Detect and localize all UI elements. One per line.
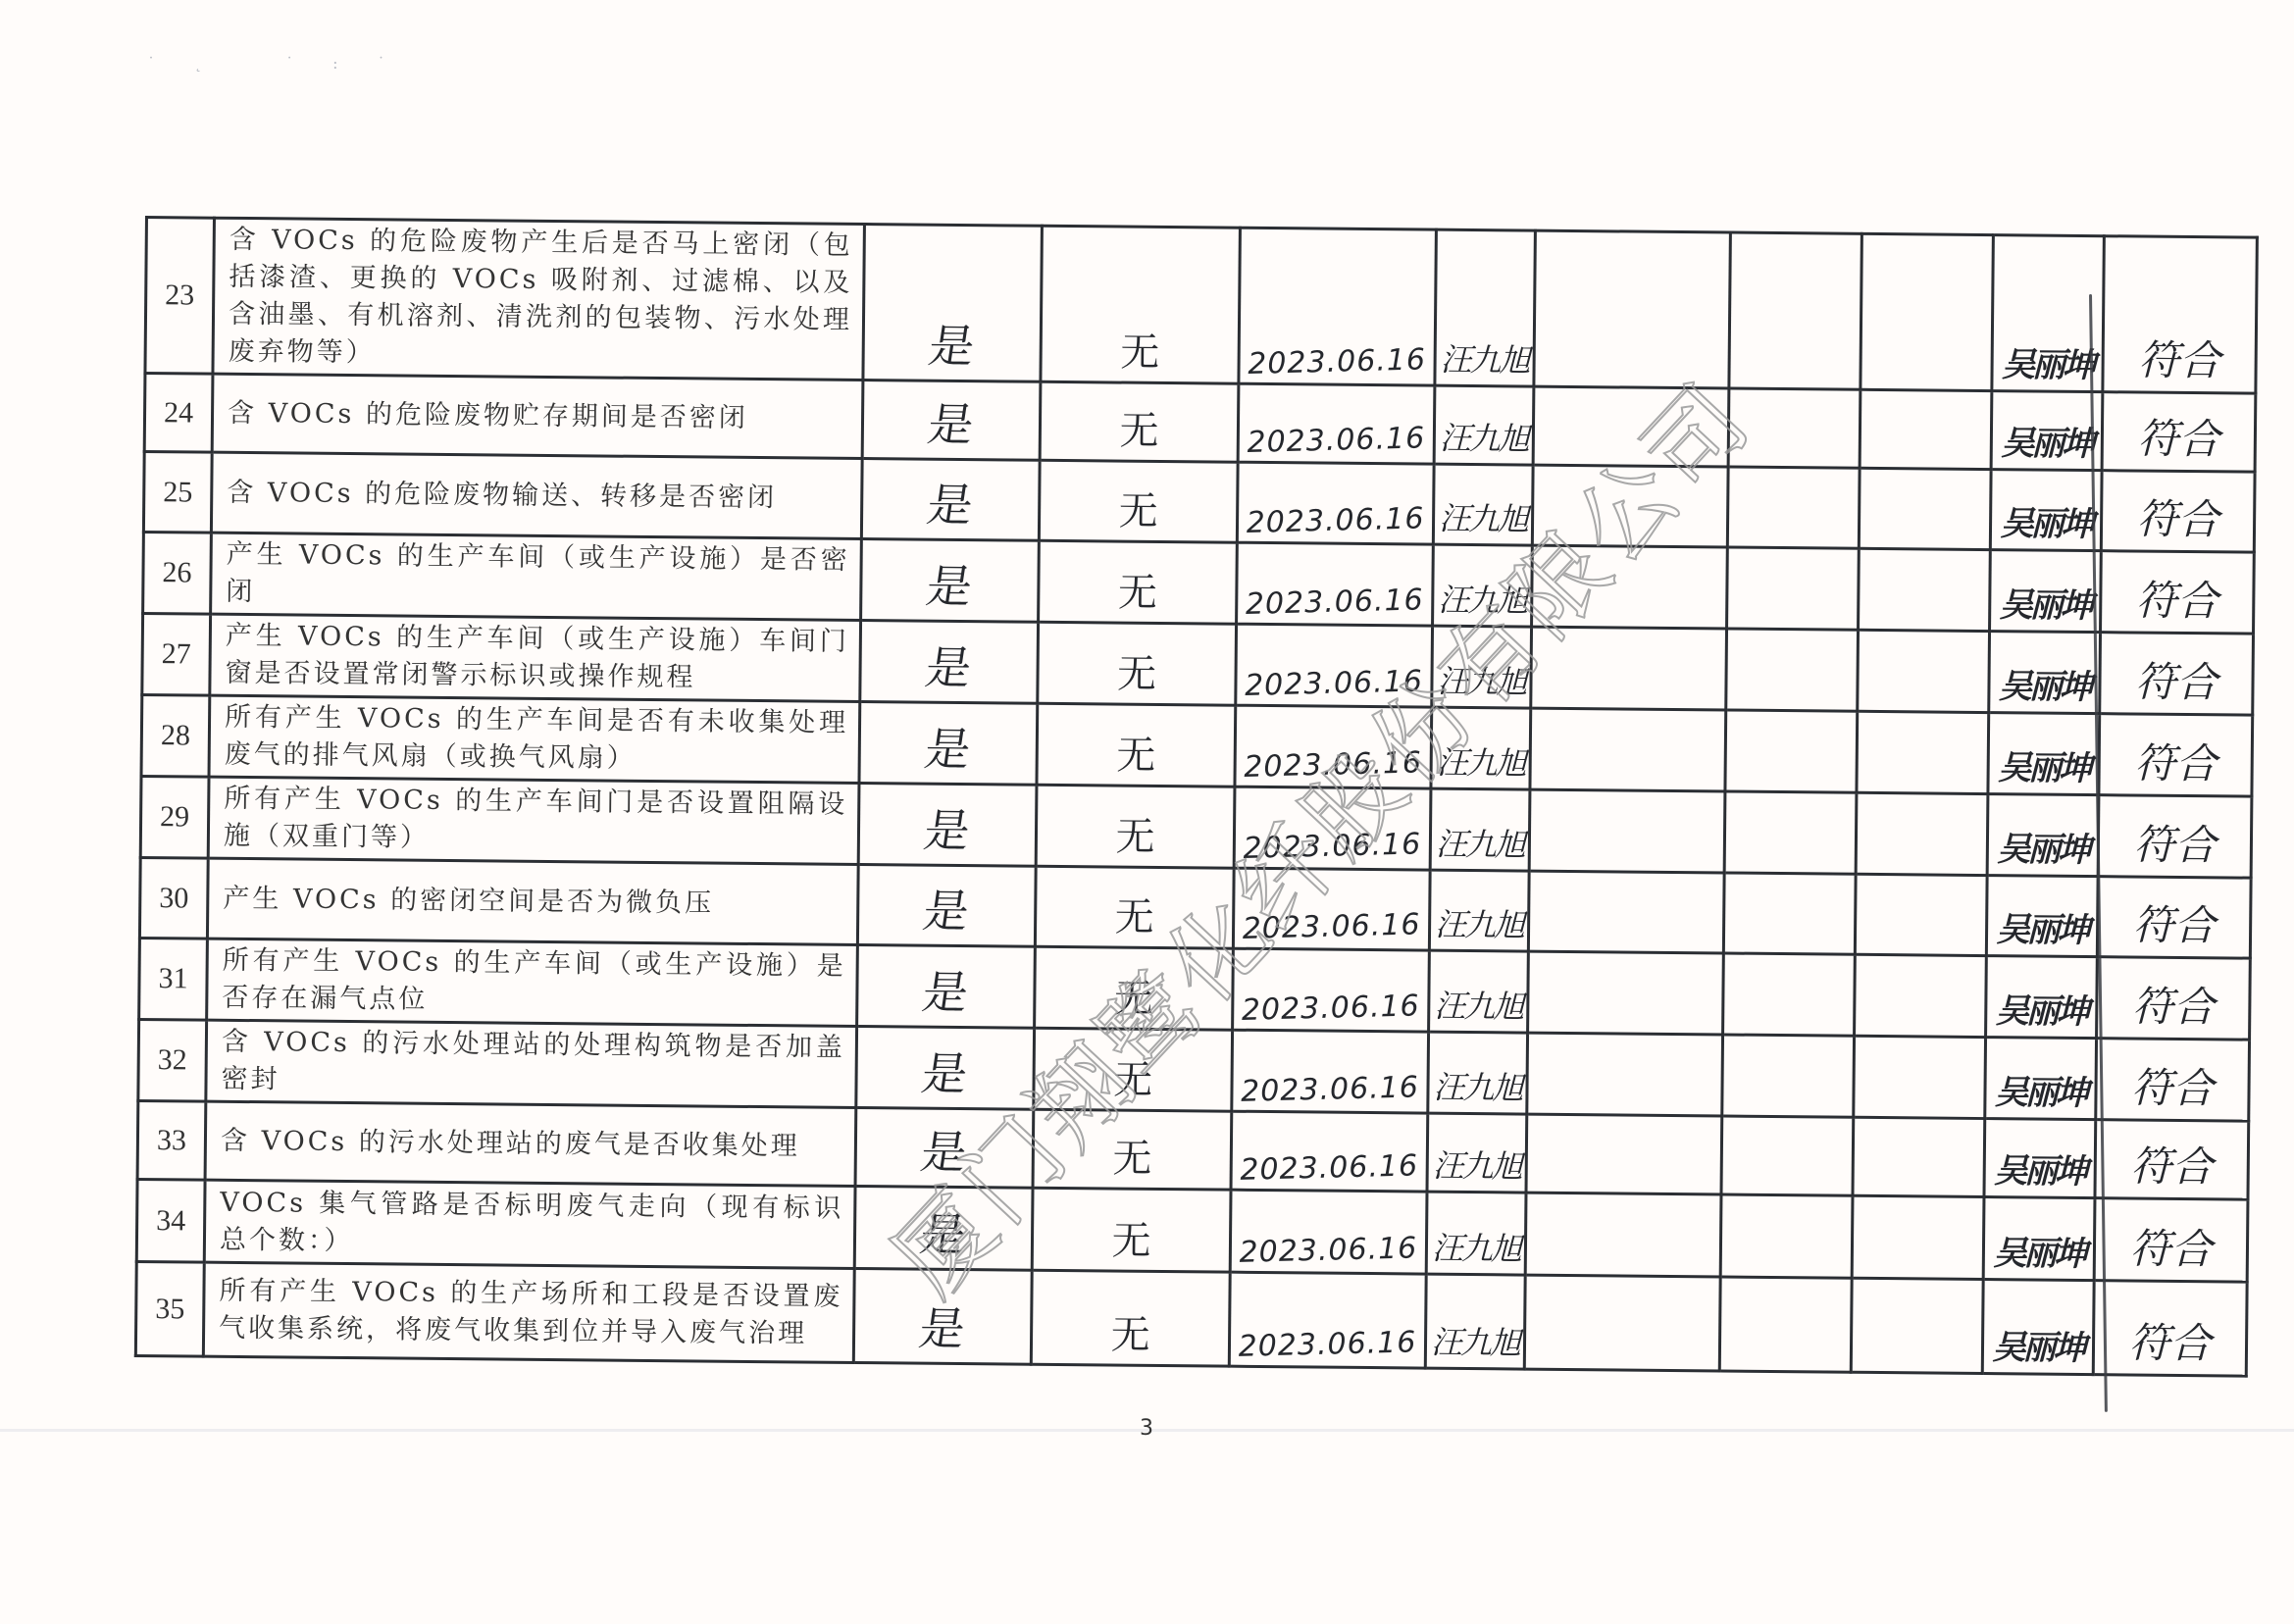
reviewer-signature: 吴丽坤 [1984, 1320, 2092, 1369]
answer-cell: 是 [863, 225, 1043, 382]
blank-cell-9 [1854, 1036, 1986, 1118]
issue-cell: 无 [1040, 381, 1239, 462]
reviewer-cell: 吴丽坤 [1986, 876, 2098, 957]
issue-handwritten: 无 [1039, 642, 1235, 700]
inspector-cell: 汪九旭 [1431, 707, 1531, 789]
issue-cell: 无 [1035, 946, 1234, 1030]
inspector-cell: 汪九旭 [1434, 385, 1534, 465]
blank-cell-8 [1728, 388, 1861, 468]
check-item-text: 所有产生 VOCs 的生产车间（或生产设施）是否存在漏气点位 [207, 939, 858, 1026]
check-item-text: 产生 VOCs 的密闭空间是否为微负压 [207, 858, 858, 944]
blank-cell-8 [1725, 710, 1858, 792]
inspector-cell: 汪九旭 [1430, 788, 1530, 871]
reviewer-signature: 吴丽坤 [1993, 337, 2101, 386]
answer-handwritten: 是 [857, 956, 1036, 1023]
answer-cell: 是 [856, 1027, 1035, 1110]
blank-cell-9 [1855, 874, 1987, 955]
date-cell: 2023.06.16 [1236, 624, 1433, 707]
inspector-cell: 汪九旭 [1432, 626, 1532, 708]
reviewer-signature: 吴丽坤 [1985, 1226, 2093, 1275]
issue-handwritten: 无 [1038, 805, 1234, 863]
answer-cell: 是 [857, 865, 1036, 947]
answer-handwritten: 是 [861, 469, 1040, 535]
blank-cell-7 [1534, 230, 1731, 388]
row-number: 25 [143, 452, 212, 533]
inspector-cell: 汪九旭 [1428, 1032, 1528, 1114]
blank-cell-8 [1722, 1035, 1855, 1117]
result-handwritten: 符合 [2097, 1055, 2248, 1115]
date-cell: 2023.06.16 [1235, 705, 1432, 788]
inspector-cell: 汪九旭 [1429, 950, 1529, 1033]
inspector-signature: 汪九旭 [1428, 1224, 1524, 1270]
issue-handwritten: 无 [1041, 480, 1237, 537]
answer-cell: 是 [853, 1268, 1032, 1364]
blank-cell-8 [1719, 1277, 1852, 1372]
issue-handwritten: 无 [1039, 724, 1235, 782]
table-body: 23 含 VOCs 的危险废物产生后是否马上密闭（包括漆渣、更换的 VOCs 吸… [135, 218, 2257, 1377]
result-cell: 符合 [2101, 551, 2255, 634]
answer-handwritten: 是 [854, 1198, 1033, 1265]
result-cell: 符合 [2102, 392, 2256, 472]
answer-cell: 是 [857, 945, 1036, 1029]
blank-cell-9 [1852, 1195, 1984, 1279]
answer-cell: 是 [862, 381, 1041, 461]
blank-cell-8 [1727, 467, 1860, 548]
inspector-signature: 汪九旭 [1434, 576, 1530, 622]
answer-cell: 是 [860, 621, 1039, 704]
inspector-signature: 汪九旭 [1436, 414, 1532, 460]
inspector-cell: 汪九旭 [1433, 544, 1533, 627]
reviewer-cell: 吴丽坤 [1983, 1197, 2095, 1281]
vocs-inspection-table: 23 含 VOCs 的危险废物产生后是否马上密闭（包括漆渣、更换的 VOCs 吸… [134, 216, 2259, 1378]
reviewer-cell: 吴丽坤 [1991, 391, 2103, 471]
answer-handwritten: 是 [856, 1038, 1035, 1104]
date-cell: 2023.06.16 [1237, 542, 1434, 626]
answer-handwritten: 是 [853, 1293, 1032, 1359]
date-handwritten: 2023.06.16 [1239, 421, 1433, 460]
inspector-signature: 汪九旭 [1429, 1063, 1525, 1109]
answer-handwritten: 是 [863, 310, 1043, 377]
reviewer-cell: 吴丽坤 [1984, 1119, 2096, 1198]
blank-cell-8 [1729, 232, 1862, 389]
issue-cell: 无 [1032, 1188, 1231, 1272]
date-handwritten: 2023.06.16 [1234, 989, 1428, 1028]
result-cell: 符合 [2096, 1039, 2250, 1121]
blank-cell-7 [1532, 545, 1728, 629]
reviewer-signature: 吴丽坤 [1986, 1143, 2094, 1193]
result-cell: 符合 [2100, 633, 2254, 715]
issue-cell: 无 [1039, 540, 1238, 624]
check-item-text: 含 VOCs 的危险废物贮存期间是否密闭 [212, 374, 863, 458]
answer-cell: 是 [861, 539, 1040, 623]
blank-cell-8 [1726, 629, 1859, 711]
inspector-cell: 汪九旭 [1426, 1192, 1526, 1275]
result-handwritten: 符合 [2097, 1134, 2248, 1193]
reviewer-cell: 吴丽坤 [1990, 470, 2102, 551]
issue-cell: 无 [1037, 703, 1236, 787]
date-handwritten: 2023.06.16 [1235, 907, 1429, 946]
blank-cell-9 [1859, 468, 1991, 549]
date-handwritten: 2023.06.16 [1239, 501, 1433, 540]
blank-cell-7 [1528, 871, 1724, 953]
check-item-text: 所有产生 VOCs 的生产车间是否有未收集处理废气的排气风扇（或换气风扇） [209, 695, 860, 783]
scan-specks: ˙˛ ˙:˙ [147, 54, 424, 73]
inspector-signature: 汪九旭 [1433, 657, 1529, 703]
blank-cell-7 [1533, 386, 1729, 467]
date-cell: 2023.06.16 [1229, 1272, 1426, 1368]
issue-cell: 无 [1034, 1028, 1233, 1111]
row-number: 27 [142, 613, 211, 695]
inspector-signature: 汪九旭 [1436, 335, 1532, 381]
issue-cell: 无 [1033, 1109, 1232, 1190]
date-cell: 2023.06.16 [1231, 1111, 1428, 1192]
check-item-text: 含 VOCs 的污水处理站的处理构筑物是否加盖密封 [206, 1020, 857, 1107]
reviewer-cell: 吴丽坤 [1987, 794, 2099, 877]
date-handwritten: 2023.06.16 [1240, 342, 1434, 381]
answer-handwritten: 是 [857, 875, 1036, 941]
check-item-text: 含 VOCs 的污水处理站的废气是否收集处理 [205, 1101, 856, 1186]
blank-cell-9 [1860, 389, 1992, 469]
table-row: 35 所有产生 VOCs 的生产场所和工段是否设置废气收集系统，将废气收集到位并… [135, 1261, 2247, 1376]
inspector-signature: 汪九旭 [1432, 820, 1528, 866]
blank-cell-9 [1853, 1117, 1985, 1196]
blank-cell-7 [1532, 465, 1728, 547]
result-handwritten: 符合 [2100, 731, 2251, 790]
check-item-text: VOCs 集气管路是否标明废气走向（现有标识总个数：） [204, 1180, 855, 1268]
row-number: 33 [137, 1100, 206, 1180]
result-handwritten: 符合 [2104, 406, 2255, 466]
blank-cell-9 [1851, 1278, 1983, 1373]
issue-handwritten: 无 [1036, 967, 1232, 1025]
table-row: 23 含 VOCs 的危险废物产生后是否马上密闭（包括漆渣、更换的 VOCs 吸… [145, 218, 2257, 394]
blank-cell-9 [1858, 630, 1990, 712]
result-cell: 符合 [2094, 1198, 2248, 1282]
date-cell: 2023.06.16 [1238, 383, 1435, 464]
date-handwritten: 2023.06.16 [1232, 1148, 1426, 1188]
row-number: 29 [140, 776, 209, 858]
issue-cell: 无 [1038, 622, 1237, 705]
reviewer-signature: 吴丽坤 [1987, 984, 2095, 1033]
date-cell: 2023.06.16 [1232, 1030, 1429, 1113]
row-number: 32 [138, 1019, 207, 1101]
reviewer-signature: 吴丽坤 [1992, 496, 2100, 545]
issue-cell: 无 [1035, 866, 1234, 948]
answer-handwritten: 是 [862, 388, 1041, 455]
date-cell: 2023.06.16 [1234, 787, 1431, 870]
result-handwritten: 符合 [2095, 1310, 2246, 1370]
answer-cell: 是 [855, 1107, 1034, 1188]
result-cell: 符合 [2099, 714, 2253, 796]
row-number: 35 [135, 1261, 204, 1356]
inspector-cell: 汪九旭 [1433, 464, 1533, 545]
row-number: 31 [139, 938, 208, 1020]
result-handwritten: 符合 [2096, 1216, 2247, 1276]
reviewer-signature: 吴丽坤 [1991, 578, 2099, 627]
issue-cell: 无 [1036, 785, 1235, 868]
blank-cell-8 [1720, 1194, 1853, 1278]
reviewer-cell: 吴丽坤 [1988, 713, 2100, 795]
result-handwritten: 符合 [2104, 328, 2255, 387]
inspector-signature: 汪九旭 [1433, 738, 1529, 785]
date-handwritten: 2023.06.16 [1233, 1070, 1427, 1109]
row-number: 23 [145, 218, 215, 375]
result-cell: 符合 [2098, 795, 2252, 878]
issue-handwritten: 无 [1034, 1209, 1230, 1267]
issue-handwritten: 无 [1042, 399, 1238, 457]
blank-cell-8 [1723, 953, 1856, 1036]
inspector-signature: 汪九旭 [1430, 982, 1526, 1028]
inspector-signature: 汪九旭 [1427, 1318, 1523, 1364]
blank-cell-7 [1531, 627, 1727, 710]
check-item-text: 含 VOCs 的危险废物输送、转移是否密闭 [211, 452, 862, 538]
reviewer-signature: 吴丽坤 [1989, 822, 2097, 871]
reviewer-signature: 吴丽坤 [1989, 740, 2097, 789]
issue-handwritten: 无 [1033, 1303, 1229, 1361]
result-handwritten: 符合 [2098, 974, 2249, 1034]
date-cell: 2023.06.16 [1230, 1190, 1427, 1274]
inspector-cell: 汪九旭 [1435, 229, 1536, 386]
blank-cell-9 [1855, 954, 1987, 1037]
result-handwritten: 符合 [2103, 486, 2254, 546]
check-item-text: 产生 VOCs 的生产车间（或生产设施）车间门窗是否设置常闭警示标识或操作规程 [210, 614, 861, 701]
row-number: 30 [139, 857, 208, 939]
inspector-signature: 汪九旭 [1429, 1142, 1525, 1188]
blank-cell-9 [1859, 548, 1991, 631]
result-cell: 符合 [2097, 957, 2251, 1040]
inspector-cell: 汪九旭 [1429, 870, 1529, 951]
issue-cell: 无 [1039, 460, 1238, 542]
reviewer-cell: 吴丽坤 [1992, 235, 2105, 392]
result-handwritten: 符合 [2099, 892, 2250, 952]
reviewer-cell: 吴丽坤 [1989, 632, 2101, 714]
reviewer-cell: 吴丽坤 [1986, 956, 2098, 1039]
result-cell: 符合 [2101, 471, 2255, 552]
blank-cell-9 [1856, 792, 1988, 875]
blank-cell-9 [1857, 711, 1989, 793]
blank-cell-7 [1530, 708, 1726, 791]
issue-handwritten: 无 [1035, 1048, 1231, 1106]
check-item-text: 含 VOCs 的危险废物产生后是否马上密闭（包括漆渣、更换的 VOCs 吸附剂、… [213, 218, 864, 380]
blank-cell-7 [1528, 951, 1724, 1035]
issue-handwritten: 无 [1035, 1127, 1231, 1185]
inspector-signature: 汪九旭 [1431, 900, 1527, 946]
reviewer-cell: 吴丽坤 [1990, 550, 2102, 633]
reviewer-cell: 吴丽坤 [1982, 1280, 2094, 1375]
issue-cell: 无 [1041, 226, 1241, 383]
answer-cell: 是 [854, 1186, 1033, 1270]
answer-cell: 是 [858, 784, 1037, 867]
answer-handwritten: 是 [859, 713, 1038, 780]
date-handwritten: 2023.06.16 [1235, 827, 1429, 866]
date-handwritten: 2023.06.16 [1238, 583, 1432, 622]
answer-handwritten: 是 [861, 550, 1040, 617]
blank-cell-7 [1524, 1275, 1720, 1371]
answer-handwritten: 是 [858, 794, 1037, 861]
blank-cell-7 [1529, 789, 1725, 873]
result-cell: 符合 [2097, 877, 2251, 958]
result-handwritten: 符合 [2100, 812, 2251, 872]
reviewer-signature: 吴丽坤 [1993, 416, 2101, 465]
inspector-cell: 汪九旭 [1427, 1113, 1527, 1193]
answer-handwritten: 是 [855, 1116, 1034, 1183]
date-cell: 2023.06.16 [1233, 868, 1430, 950]
result-cell: 符合 [2093, 1281, 2247, 1376]
result-cell: 符合 [2095, 1120, 2249, 1199]
page-number: 3 [1140, 1416, 1153, 1441]
issue-handwritten: 无 [1037, 886, 1233, 943]
result-handwritten: 符合 [2102, 568, 2253, 628]
reviewer-signature: 吴丽坤 [1990, 659, 2098, 708]
result-cell: 符合 [2103, 236, 2258, 393]
inspection-table-wrapper: 23 含 VOCs 的危险废物产生后是否马上密闭（包括漆渣、更换的 VOCs 吸… [134, 216, 2259, 1378]
date-handwritten: 2023.06.16 [1231, 1325, 1425, 1364]
result-handwritten: 符合 [2101, 649, 2252, 709]
blank-cell-8 [1721, 1116, 1854, 1195]
issue-handwritten: 无 [1042, 321, 1238, 379]
check-item-text: 所有产生 VOCs 的生产车间门是否设置阻隔设施（双重门等） [208, 777, 859, 864]
date-handwritten: 2023.06.16 [1237, 664, 1431, 703]
date-handwritten: 2023.06.16 [1232, 1231, 1426, 1270]
blank-cell-8 [1723, 873, 1856, 954]
reviewer-cell: 吴丽坤 [1985, 1038, 2097, 1120]
row-number: 24 [144, 374, 213, 453]
blank-cell-7 [1525, 1193, 1721, 1277]
reviewer-signature: 吴丽坤 [1988, 902, 2096, 951]
date-handwritten: 2023.06.16 [1236, 745, 1430, 785]
check-item-text: 产生 VOCs 的生产车间（或生产设施）是否密闭 [211, 533, 862, 620]
blank-cell-8 [1724, 791, 1857, 874]
answer-cell: 是 [859, 702, 1038, 786]
reviewer-signature: 吴丽坤 [1986, 1065, 2094, 1114]
inspector-cell: 汪九旭 [1425, 1274, 1525, 1369]
blank-cell-9 [1861, 233, 1994, 390]
issue-handwritten: 无 [1040, 561, 1236, 619]
issue-cell: 无 [1031, 1270, 1230, 1366]
row-number: 26 [143, 532, 212, 614]
blank-cell-7 [1526, 1114, 1722, 1194]
inspector-signature: 汪九旭 [1435, 494, 1531, 540]
row-number: 34 [136, 1179, 205, 1262]
check-item-text: 所有产生 VOCs 的生产场所和工段是否设置废气收集系统，将废气收集到位并导入废… [203, 1262, 854, 1362]
row-number: 28 [141, 694, 210, 777]
blank-cell-8 [1727, 547, 1860, 630]
date-cell: 2023.06.16 [1239, 228, 1437, 385]
date-cell: 2023.06.16 [1237, 462, 1434, 544]
answer-handwritten: 是 [860, 632, 1039, 698]
answer-cell: 是 [861, 459, 1040, 541]
blank-cell-7 [1527, 1033, 1723, 1116]
date-cell: 2023.06.16 [1233, 948, 1430, 1032]
